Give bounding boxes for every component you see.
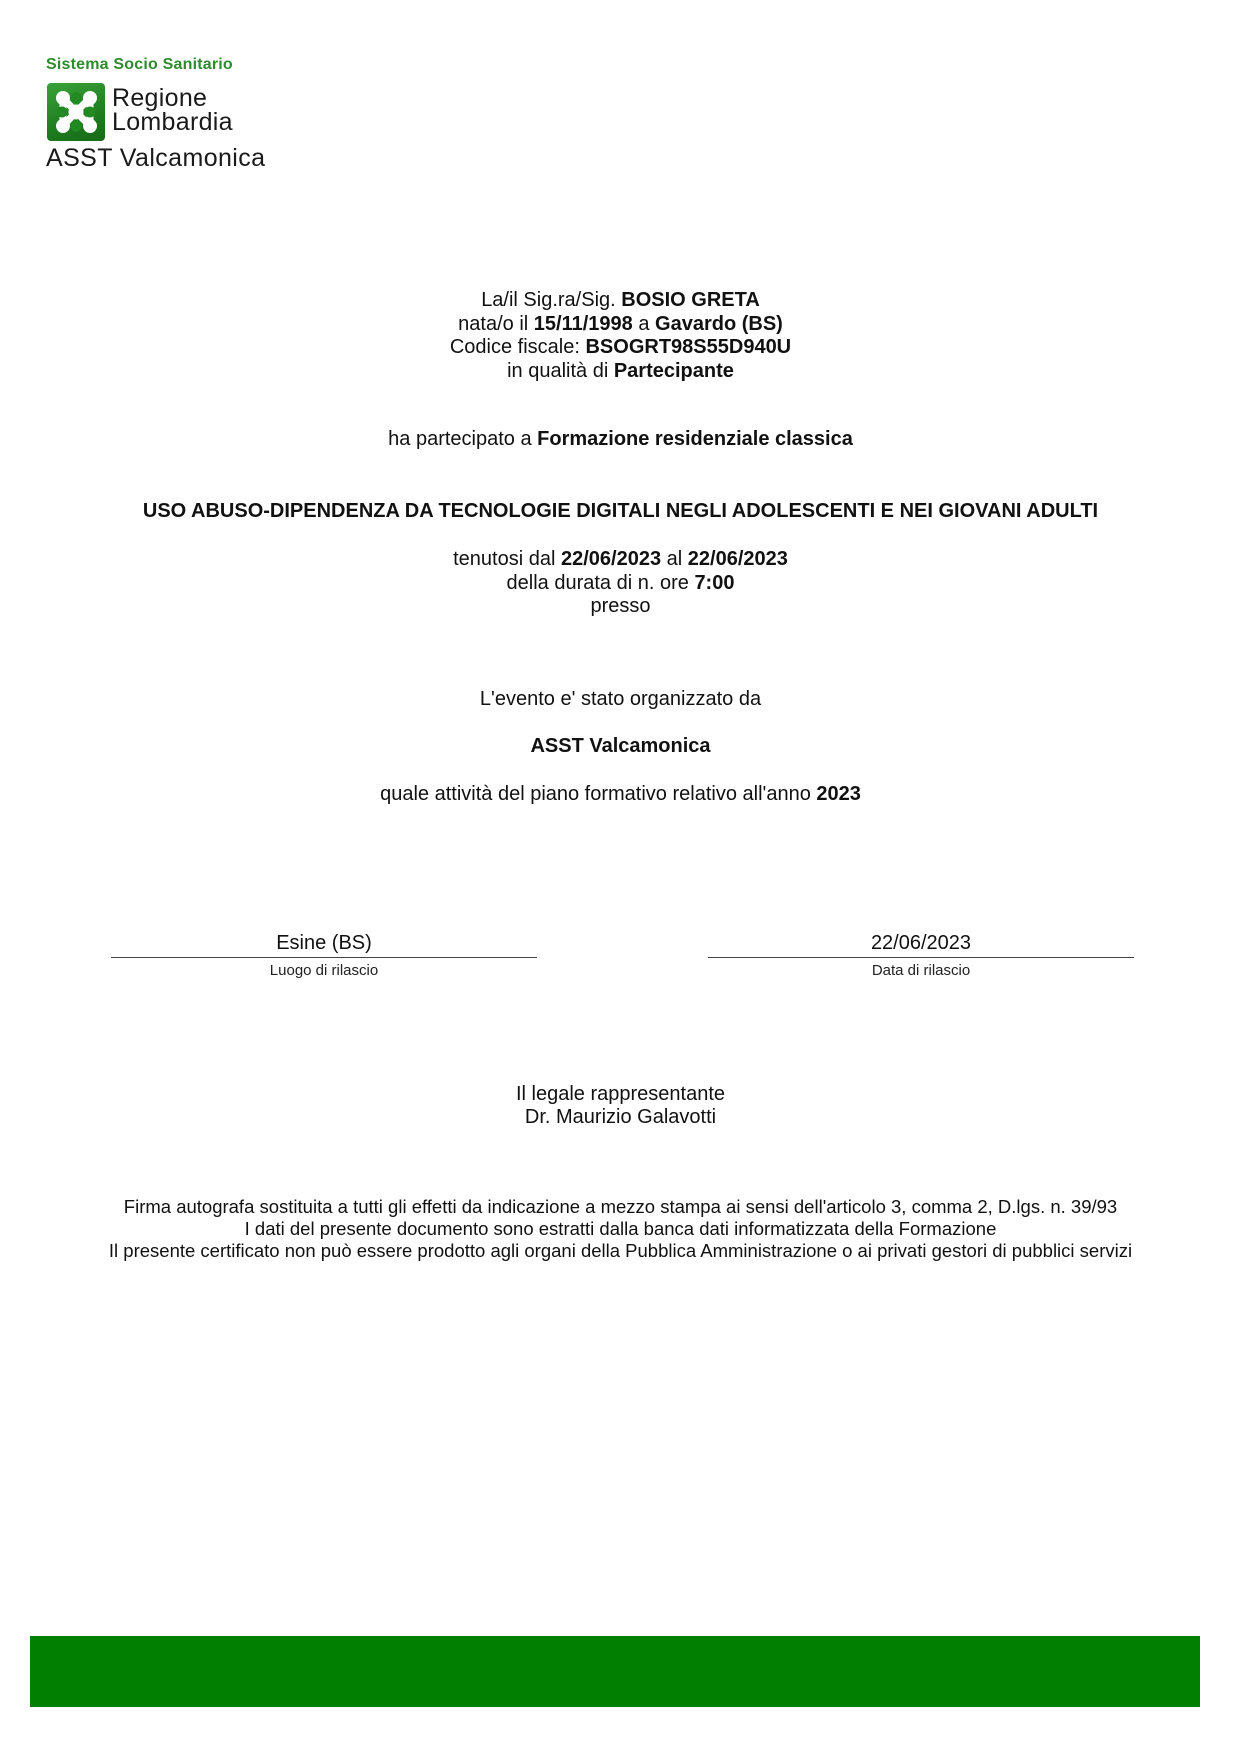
participant-taxcode-line: Codice fiscale: BSOGRT98S55D940U xyxy=(0,336,1241,360)
issue-place-underline xyxy=(111,957,537,958)
logo-region-line1: Regione xyxy=(112,86,233,110)
start-date: 22/06/2023 xyxy=(561,548,661,570)
birth-date: 15/11/1998 xyxy=(534,313,633,335)
issue-date-value: 22/06/2023 xyxy=(708,932,1134,955)
issue-date-label: Data di rilascio xyxy=(708,962,1134,979)
tax-code-label: Codice fiscale: xyxy=(450,336,580,358)
end-date: 22/06/2023 xyxy=(688,548,788,570)
participation-prefix: ha partecipato a xyxy=(388,428,531,450)
participant-role-line: in qualità di Partecipante xyxy=(0,360,1241,384)
course-dates-line: tenutosi dal 22/06/2023 al 22/06/2023 xyxy=(0,548,1241,572)
birth-place: Gavardo (BS) xyxy=(655,313,783,335)
birth-place-prefix: a xyxy=(638,313,649,335)
organizer-name-line: ASST Valcamonica xyxy=(0,735,1241,759)
logo-organization: ASST Valcamonica xyxy=(46,144,265,173)
issue-place-label: Luogo di rilascio xyxy=(111,962,537,979)
participation-type: Formazione residenziale classica xyxy=(537,428,853,450)
role-prefix: in qualità di xyxy=(507,360,608,382)
organizer-name: ASST Valcamonica xyxy=(530,735,710,757)
logo-region-line2: Lombardia xyxy=(112,110,233,134)
issue-date-underline xyxy=(708,957,1134,958)
course-duration-line: della durata di n. ore 7:00 xyxy=(0,572,1241,596)
duration: 7:00 xyxy=(694,572,734,594)
issue-place-value: Esine (BS) xyxy=(111,932,537,955)
logo-region-name: Regione Lombardia xyxy=(112,86,233,134)
footer-green-bar xyxy=(30,1636,1200,1707)
dates-prefix: tenutosi dal xyxy=(453,548,555,570)
participant-name: BOSIO GRETA xyxy=(621,289,760,311)
regione-lombardia-rosa-camuna-icon xyxy=(47,83,105,141)
course-title: USO ABUSO-DIPENDENZA DA TECNOLOGIE DIGIT… xyxy=(0,500,1241,523)
duration-prefix: della durata di n. ore xyxy=(507,572,689,594)
footer-note-data-source: I dati del presente documento sono estra… xyxy=(0,1218,1241,1241)
footer-note-signature: Firma autografa sostituita a tutti gli e… xyxy=(0,1196,1241,1219)
participant-role: Partecipante xyxy=(614,360,734,382)
tax-code: BSOGRT98S55D940U xyxy=(585,336,791,358)
participant-name-line: La/il Sig.ra/Sig. BOSIO GRETA xyxy=(0,289,1241,313)
logo-tagline: Sistema Socio Sanitario xyxy=(46,56,233,74)
organizer-plan-line: quale attività del piano formativo relat… xyxy=(0,783,1241,807)
organizer-intro: L'evento e' stato organizzato da xyxy=(0,688,1241,712)
dates-middle: al xyxy=(667,548,683,570)
participation-line: ha partecipato a Formazione residenziale… xyxy=(0,428,1241,452)
signatory-name: Dr. Maurizio Galavotti xyxy=(0,1106,1241,1130)
plan-year: 2023 xyxy=(816,783,861,805)
signatory-role: Il legale rappresentante xyxy=(0,1083,1241,1107)
participant-prefix: La/il Sig.ra/Sig. xyxy=(481,289,616,311)
birth-prefix: nata/o il xyxy=(458,313,528,335)
plan-prefix: quale attività del piano formativo relat… xyxy=(380,783,811,805)
course-location-label: presso xyxy=(0,595,1241,619)
participant-birth-line: nata/o il 15/11/1998 a Gavardo (BS) xyxy=(0,313,1241,337)
footer-note-usage-restriction: Il presente certificato non può essere p… xyxy=(0,1240,1241,1263)
